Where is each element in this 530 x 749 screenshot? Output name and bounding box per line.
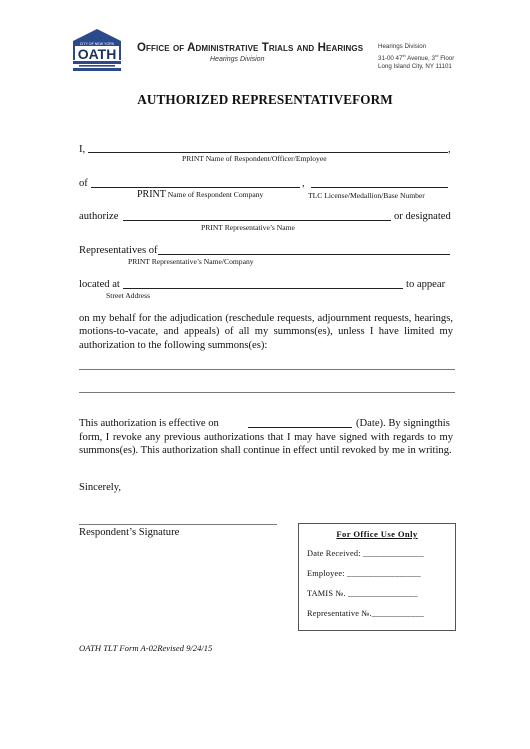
address-line-3: Long Island City, NY 11101 [378,63,454,72]
address-line-1: Hearings Division [378,43,454,52]
street-address-field[interactable] [123,288,403,289]
summons-line-2[interactable] [79,392,455,393]
row1-prefix: I, [79,144,85,155]
form-footer: OATH TLT Form A-02Revised 9/24/15 [79,643,212,653]
row5-suffix: to appear [406,279,445,290]
row2-prefix: of [79,178,88,189]
office-row-tamis: TAMIS №. ________________ [307,589,418,598]
representative-company-caption: PRINT Representative’s Name/Company [128,257,254,266]
org-name: Office of Administrative Trials and Hear… [137,42,363,54]
respondent-name-field[interactable] [88,152,448,153]
effective-suffix: (Date). By signingthis [356,418,450,429]
adjudication-paragraph: on my behalf for the adjudication (resch… [79,312,453,352]
revocation-paragraph: form, I revoke any previous authorizatio… [79,431,453,458]
org-division: Hearings Division [210,56,264,63]
address-block: Hearings Division 31-00 47th Avenue, 3rd… [378,43,454,72]
street-address-caption: Street Address [106,291,150,300]
logo-wordmark: OATH [78,46,117,62]
office-use-title: For Office Use Only [299,529,455,539]
row3-prefix: authorize [79,211,118,222]
signature-field[interactable] [79,524,277,525]
representative-company-field[interactable] [158,254,450,255]
effective-date-field[interactable] [248,427,352,428]
row4-prefix: Representatives of [79,245,158,256]
address-line-2: 31-00 47th Avenue, 3rd Floor [378,52,454,64]
respondent-company-caption: PRINT Name of Respondent Company [137,189,263,200]
row1-suffix: , [448,144,451,155]
row3-suffix: or designated [394,211,451,222]
office-row-date-received: Date Received: ______________ [307,549,424,558]
form-title: AUTHORIZED REPRESENTATIVEFORM [0,92,530,108]
office-row-employee: Employee: _________________ [307,569,421,578]
tlc-license-caption: TLC License/Medallion/Base Number [308,191,425,200]
row5-prefix: located at [79,279,120,290]
summons-line-1[interactable] [79,369,455,370]
row2-separator: , [302,178,305,189]
office-use-box: For Office Use Only Date Received: _____… [298,523,456,631]
representative-name-caption: PRINT Representative’s Name [201,223,295,232]
effective-prefix: This authorization is effective on [79,418,219,429]
respondent-name-caption: PRINT Name of Respondent/Officer/Employe… [182,154,327,163]
signature-label: Respondent’s Signature [79,527,179,538]
closing: Sincerely, [79,482,121,493]
tlc-license-field[interactable] [311,187,448,188]
representative-name-field[interactable] [123,220,391,221]
office-row-representative: Representative №.____________ [307,609,424,618]
respondent-company-field[interactable] [91,187,300,188]
oath-logo: CITY OF NEW YORK OATH [68,28,126,72]
